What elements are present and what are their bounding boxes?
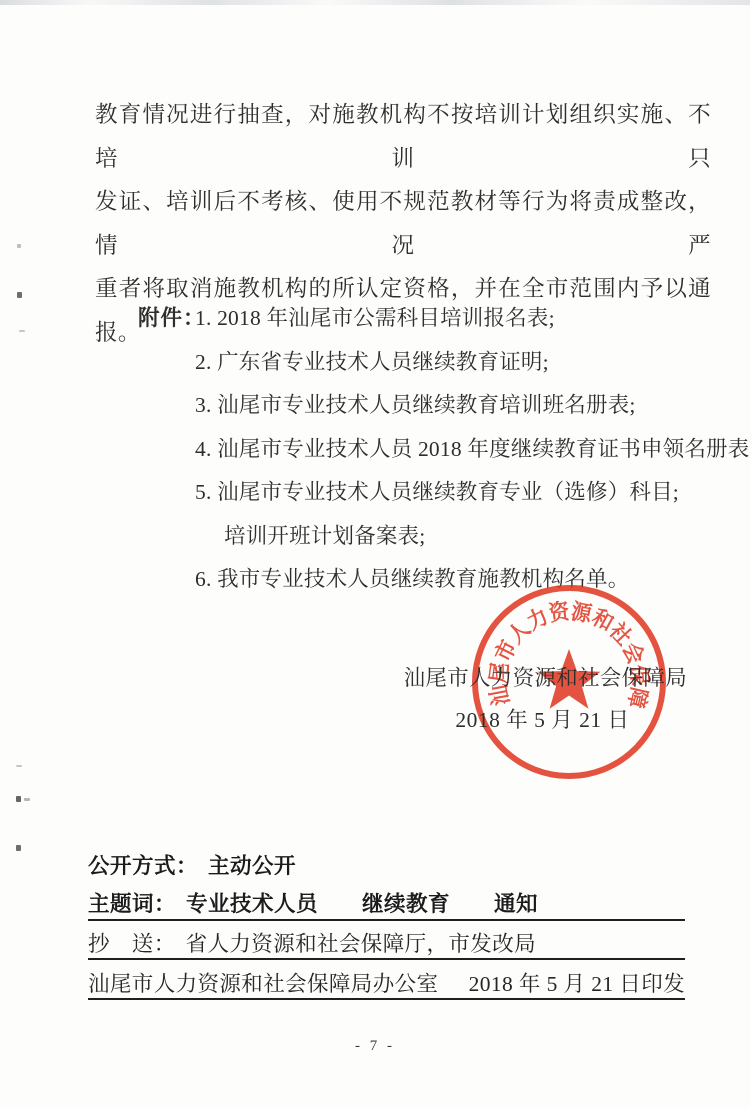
scan-speck [24, 798, 30, 801]
paragraph-line: 发证、培训后不考核、使用不规范教材等行为将责成整改，情况严 [95, 180, 711, 267]
attachment-list: 1. 2018 年汕尾市公需科目培训报名表; 2. 广东省专业技术人员继续教育证… [195, 297, 750, 602]
issuing-office-row: 汕尾市人力资源和社会保障局办公室 2018 年 5 月 21 日印发 [88, 971, 685, 997]
attachment-item-continuation: 培训开班计划备案表; [195, 515, 750, 559]
scan-speck [17, 292, 22, 298]
copy-to-value: 省人力资源和社会保障厅，市发改局 [186, 932, 536, 956]
attachment-item: 2. 广东省专业技术人员继续教育证明; [195, 341, 750, 385]
footer-divider [88, 998, 685, 1000]
publicity-method-row: 公开方式：主动公开 [88, 853, 685, 879]
attachment-item: 4. 汕尾市专业技术人员 2018 年度继续教育证书申领名册表; [195, 428, 750, 472]
attachment-item: 1. 2018 年汕尾市公需科目培训报名表; [195, 297, 750, 341]
copy-to-label: 抄 送： [88, 932, 176, 956]
subject-words-row: 主题词：专业技术人员 继续教育 通知 [88, 891, 685, 917]
footer-divider [88, 919, 685, 921]
scan-speck [16, 796, 21, 802]
issuing-office: 汕尾市人力资源和社会保障局办公室 [88, 971, 438, 997]
publicity-method-label: 公开方式： [88, 854, 198, 878]
footer-divider [88, 958, 685, 960]
paragraph-line: 教育情况进行抽查，对施教机构不按培训计划组织实施、不培训只 [95, 93, 711, 180]
scan-noise-band [0, 0, 750, 5]
attachment-item: 5. 汕尾市专业技术人员继续教育专业（选修）科目; [195, 471, 750, 515]
scan-speck [19, 330, 25, 332]
page-number: - 7 - [0, 1038, 750, 1055]
subject-words-value: 专业技术人员 继续教育 通知 [186, 892, 538, 916]
subject-words-label: 主题词： [88, 892, 176, 916]
scan-speck [16, 765, 22, 767]
attachment-item: 3. 汕尾市专业技术人员继续教育培训班名册表; [195, 384, 750, 428]
signature-org: 汕尾市人力资源和社会保障局 [397, 661, 687, 692]
signature-date: 2018 年 5 月 21 日 [430, 703, 655, 734]
copy-to-row: 抄 送：省人力资源和社会保障厅，市发改局 [88, 931, 685, 957]
publicity-method-value: 主动公开 [208, 854, 296, 878]
scan-speck [17, 244, 21, 248]
print-date: 2018 年 5 月 21 日印发 [469, 971, 685, 997]
document-page: 教育情况进行抽查，对施教机构不按培训计划组织实施、不培训只 发证、培训后不考核、… [0, 0, 750, 1108]
scan-speck [16, 845, 21, 851]
